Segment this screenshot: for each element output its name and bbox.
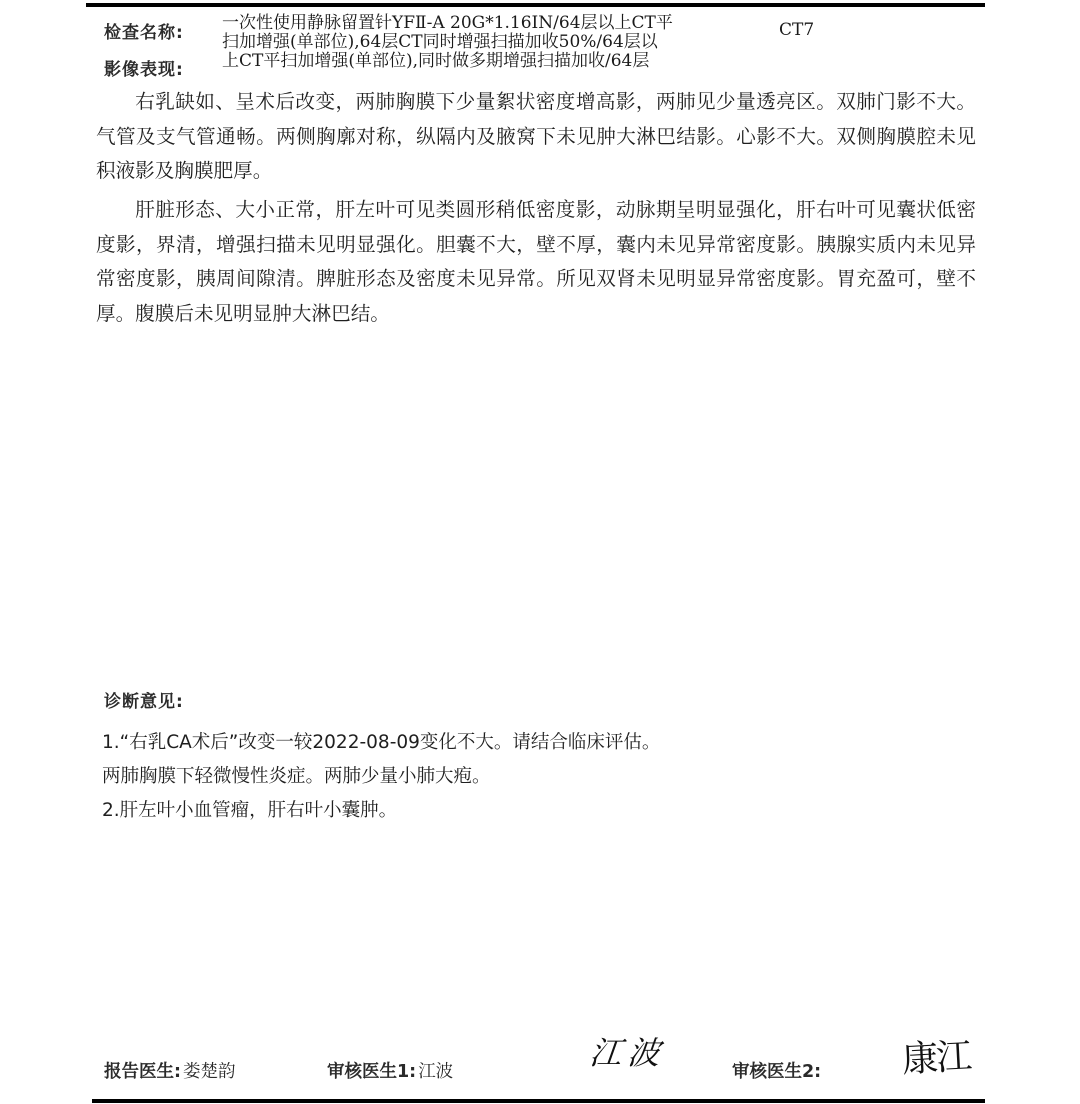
diagnosis-line: 1.“右乳CA术后”改变一较2022-08-09变化不大。请结合临床评估。 [102, 726, 660, 760]
exam-name-line: 一次性使用静脉留置针YFⅡ-A 20G*1.16IN/64层以上CT平 [222, 14, 673, 33]
reviewing-doctor-1-label: 审核医生1: [327, 1062, 416, 1082]
findings-chest: 右乳缺如、呈术后改变，两肺胸膜下少量絮状密度增高影，两肺见少量透亮区。双肺门影不… [96, 85, 976, 189]
reporting-doctor-label: 报告医生: [104, 1062, 181, 1082]
findings-paragraph: 右乳缺如、呈术后改变，两肺胸膜下少量絮状密度增高影，两肺见少量透亮区。双肺门影不… [96, 85, 976, 189]
exam-name-value: 一次性使用静脉留置针YFⅡ-A 20G*1.16IN/64层以上CT平 扫加增强… [222, 14, 673, 71]
reviewing-doctor-1-name: 江波 [418, 1062, 453, 1082]
diagnosis-list: 1.“右乳CA术后”改变一较2022-08-09变化不大。请结合临床评估。 两肺… [102, 726, 660, 828]
reviewer-1-signature: 江波 [588, 1028, 669, 1074]
findings-abdomen: 肝脏形态、大小正常，肝左叶可见类圆形稍低密度影，动脉期呈明显强化，肝右叶可见囊状… [96, 193, 976, 331]
bottom-rule [92, 1099, 985, 1103]
reviewing-doctor-2: 审核医生2: [732, 1058, 821, 1083]
diagnosis-heading: 诊断意见: [104, 687, 184, 712]
diagnosis-line: 2.肝左叶小血管瘤，肝右叶小囊肿。 [102, 794, 660, 828]
reviewing-doctor-1: 审核医生1:江波 [327, 1058, 453, 1083]
exam-name-label: 检查名称: [104, 18, 184, 43]
reporting-doctor-name: 娄楚韵 [183, 1062, 236, 1082]
reporting-doctor: 报告医生:娄楚韵 [104, 1058, 236, 1083]
reviewing-doctor-2-label: 审核医生2: [732, 1062, 821, 1082]
findings-label: 影像表现: [104, 55, 184, 80]
exam-code: CT7 [779, 20, 814, 40]
exam-name-line: 上CT平扫加增强(单部位),同时做多期增强扫描加收/64层 [222, 52, 673, 71]
top-rule [86, 3, 985, 7]
exam-name-line: 扫加增强(单部位),64层CT同时增强扫描加收50%/64层以 [222, 33, 673, 52]
findings-paragraph: 肝脏形态、大小正常，肝左叶可见类圆形稍低密度影，动脉期呈明显强化，肝右叶可见囊状… [96, 193, 976, 331]
diagnosis-line: 两肺胸膜下轻微慢性炎症。两肺少量小肺大疱。 [102, 760, 660, 794]
reviewer-2-signature: 康江 [901, 1028, 972, 1082]
